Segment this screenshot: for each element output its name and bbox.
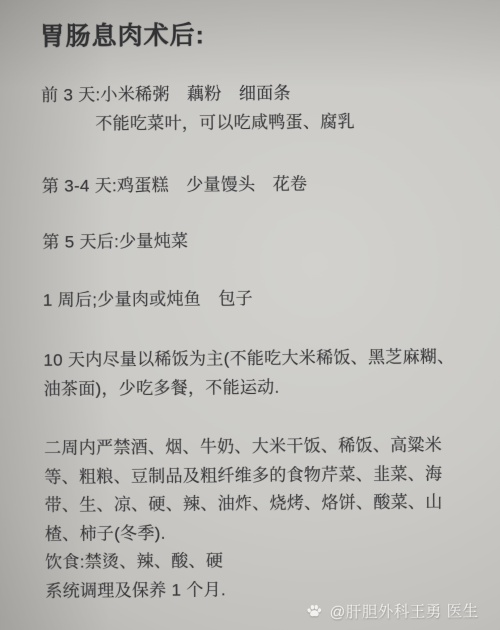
diet-line: 前 3 天:小米稀粥 藕粉 细面条	[41, 78, 476, 110]
page-title: 胃肠息肉术后:	[39, 19, 205, 53]
diet-section-within-10-days: 10 天内尽量以稀饭为主(不能吃大米稀饭、黑芝麻糊、 油茶面)，少吃多餐，不能运…	[43, 343, 478, 404]
diet-line: 第 5 天后:少量炖菜	[42, 225, 477, 257]
diet-line: 二周内严禁酒、烟、牛奶、大米干饭、稀饭、高粱米	[44, 431, 479, 463]
document-content: 胃肠息肉术后: 前 3 天:小米稀粥 藕粉 细面条 不能吃菜叶，可以吃咸鸭蛋、腐…	[0, 0, 500, 630]
watermark: @肝胆外科王勇 医生	[305, 599, 478, 623]
diet-line: 等、粗粮、豆制品及粗纤维多的食物芹菜、韭菜、海	[44, 460, 479, 492]
diet-line: 油茶面)，少吃多餐，不能运动.	[44, 372, 479, 404]
diet-section-diet-forbidden: 饮食:禁烫、辣、酸、硬	[45, 545, 480, 577]
diet-section-after-1-week: 1 周后;少量肉或炖鱼 包子	[43, 283, 478, 315]
watermark-text: @肝胆外科王勇 医生	[329, 599, 478, 622]
diet-section-after-day-5: 第 5 天后:少量炖菜	[42, 225, 477, 257]
diet-line: 1 周后;少量肉或炖鱼 包子	[43, 283, 478, 315]
document-photo: 胃肠息肉术后: 前 3 天:小米稀粥 藕粉 细面条 不能吃菜叶，可以吃咸鸭蛋、腐…	[0, 0, 500, 630]
diet-line: 饮食:禁烫、辣、酸、硬	[45, 545, 480, 577]
diet-line: 楂、柿子(冬季).	[45, 517, 480, 549]
diet-line: 10 天内尽量以稀饭为主(不能吃大米稀饭、黑芝麻糊、	[43, 343, 478, 375]
diet-line: 第 3-4 天:鸡蛋糕 少量馒头 花卷	[42, 169, 477, 201]
diet-section-within-2-weeks-forbidden: 二周内严禁酒、烟、牛奶、大米干饭、稀饭、高粱米 等、粗粮、豆制品及粗纤维多的食物…	[44, 431, 480, 549]
diet-line: 带、生、凉、硬、辣、油炸、烧烤、烙饼、酸菜、山	[45, 488, 480, 520]
diet-line: 不能吃菜叶，可以吃咸鸭蛋、腐乳	[41, 107, 476, 139]
diet-section-day-3-4: 第 3-4 天:鸡蛋糕 少量馒头 花卷	[42, 169, 477, 201]
diet-section-first-3-days: 前 3 天:小米稀粥 藕粉 细面条 不能吃菜叶，可以吃咸鸭蛋、腐乳	[41, 78, 476, 139]
paw-icon	[305, 603, 322, 619]
